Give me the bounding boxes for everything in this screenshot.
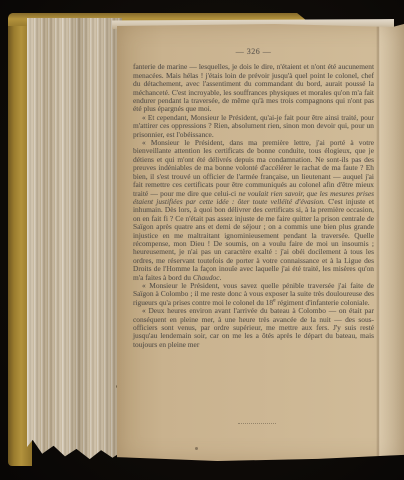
text-segment: « Deux heures environ avant l'arrivée du… [133,306,374,349]
ink-speck [195,447,198,450]
book-page: — 326 — fanterie de marine — lesquelles,… [117,24,404,461]
paragraph: « Et cependant, Monsieur le Président, q… [133,114,374,139]
paragraph: fanterie de marine — lesquelles, je dois… [133,63,374,113]
page-gutter-crease [376,24,380,461]
page-number: — 326 — [133,48,374,56]
paragraph: « Monsieur le Président, dans ma premièr… [133,139,374,282]
page-text-block: — 326 — fanterie de marine — lesquelles,… [133,48,374,349]
paragraph: « Deux heures environ avant l'arrivée du… [133,307,374,349]
text-segment: « Et cependant, Monsieur le Président, q… [133,113,374,139]
text-segment: fanterie de marine — lesquelles, je dois… [133,62,374,113]
text-segment: C'est injuste et inhumain. Dès lors, à q… [133,197,374,282]
paragraph: « Monsieur le Président, vous savez quel… [133,282,374,307]
book-photo: — 326 — fanterie de marine — lesquelles,… [0,0,404,480]
fanned-page-edges [27,18,122,464]
faint-ink-mark [238,423,276,424]
